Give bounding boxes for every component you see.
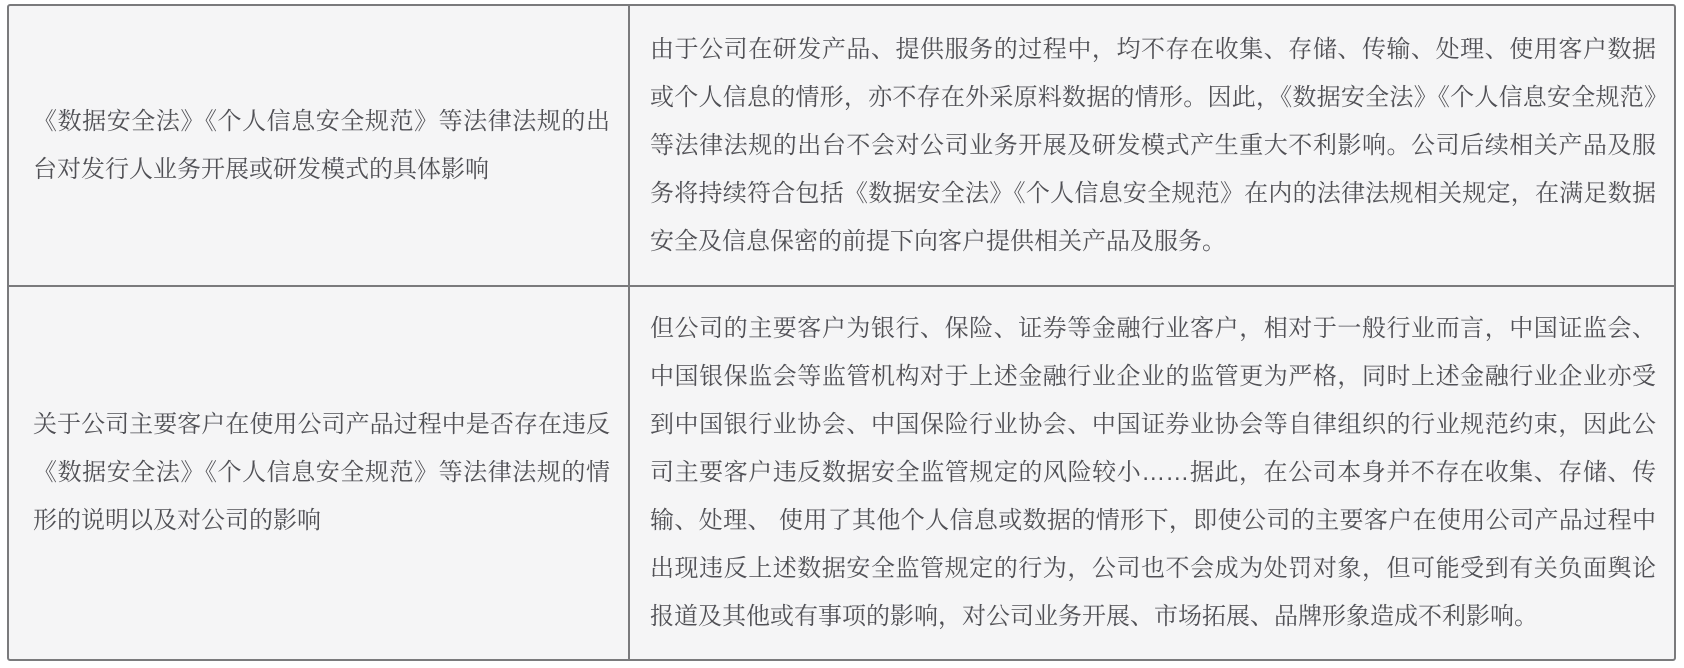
row1-detail-text: 由于公司在研发产品、提供服务的过程中，均不存在收集、存储、传输、处理、使用客户数… [650, 26, 1656, 266]
table-cell-topic: 关于公司主要客户在使用公司产品过程中是否存在违反《数据安全法》《个人信息安全规范… [9, 287, 630, 659]
table-cell-detail: 但公司的主要客户为银行、保险、证券等金融行业客户，相对于一般行业而言，中国证监会… [630, 287, 1674, 659]
legal-impact-table: 《数据安全法》《个人信息安全规范》等法律法规的出台对发行人业务开展或研发模式的具… [7, 4, 1676, 661]
table-cell-detail: 由于公司在研发产品、提供服务的过程中，均不存在收集、存储、传输、处理、使用客户数… [630, 6, 1674, 285]
document-page: 《数据安全法》《个人信息安全规范》等法律法规的出台对发行人业务开展或研发模式的具… [0, 0, 1684, 668]
row1-topic-text: 《数据安全法》《个人信息安全规范》等法律法规的出台对发行人业务开展或研发模式的具… [33, 98, 610, 194]
table-row: 关于公司主要客户在使用公司产品过程中是否存在违反《数据安全法》《个人信息安全规范… [9, 287, 1674, 659]
row2-topic-text: 关于公司主要客户在使用公司产品过程中是否存在违反《数据安全法》《个人信息安全规范… [33, 401, 610, 545]
table-cell-topic: 《数据安全法》《个人信息安全规范》等法律法规的出台对发行人业务开展或研发模式的具… [9, 6, 630, 285]
row2-detail-text: 但公司的主要客户为银行、保险、证券等金融行业客户，相对于一般行业而言，中国证监会… [650, 305, 1656, 641]
table-row: 《数据安全法》《个人信息安全规范》等法律法规的出台对发行人业务开展或研发模式的具… [9, 6, 1674, 287]
